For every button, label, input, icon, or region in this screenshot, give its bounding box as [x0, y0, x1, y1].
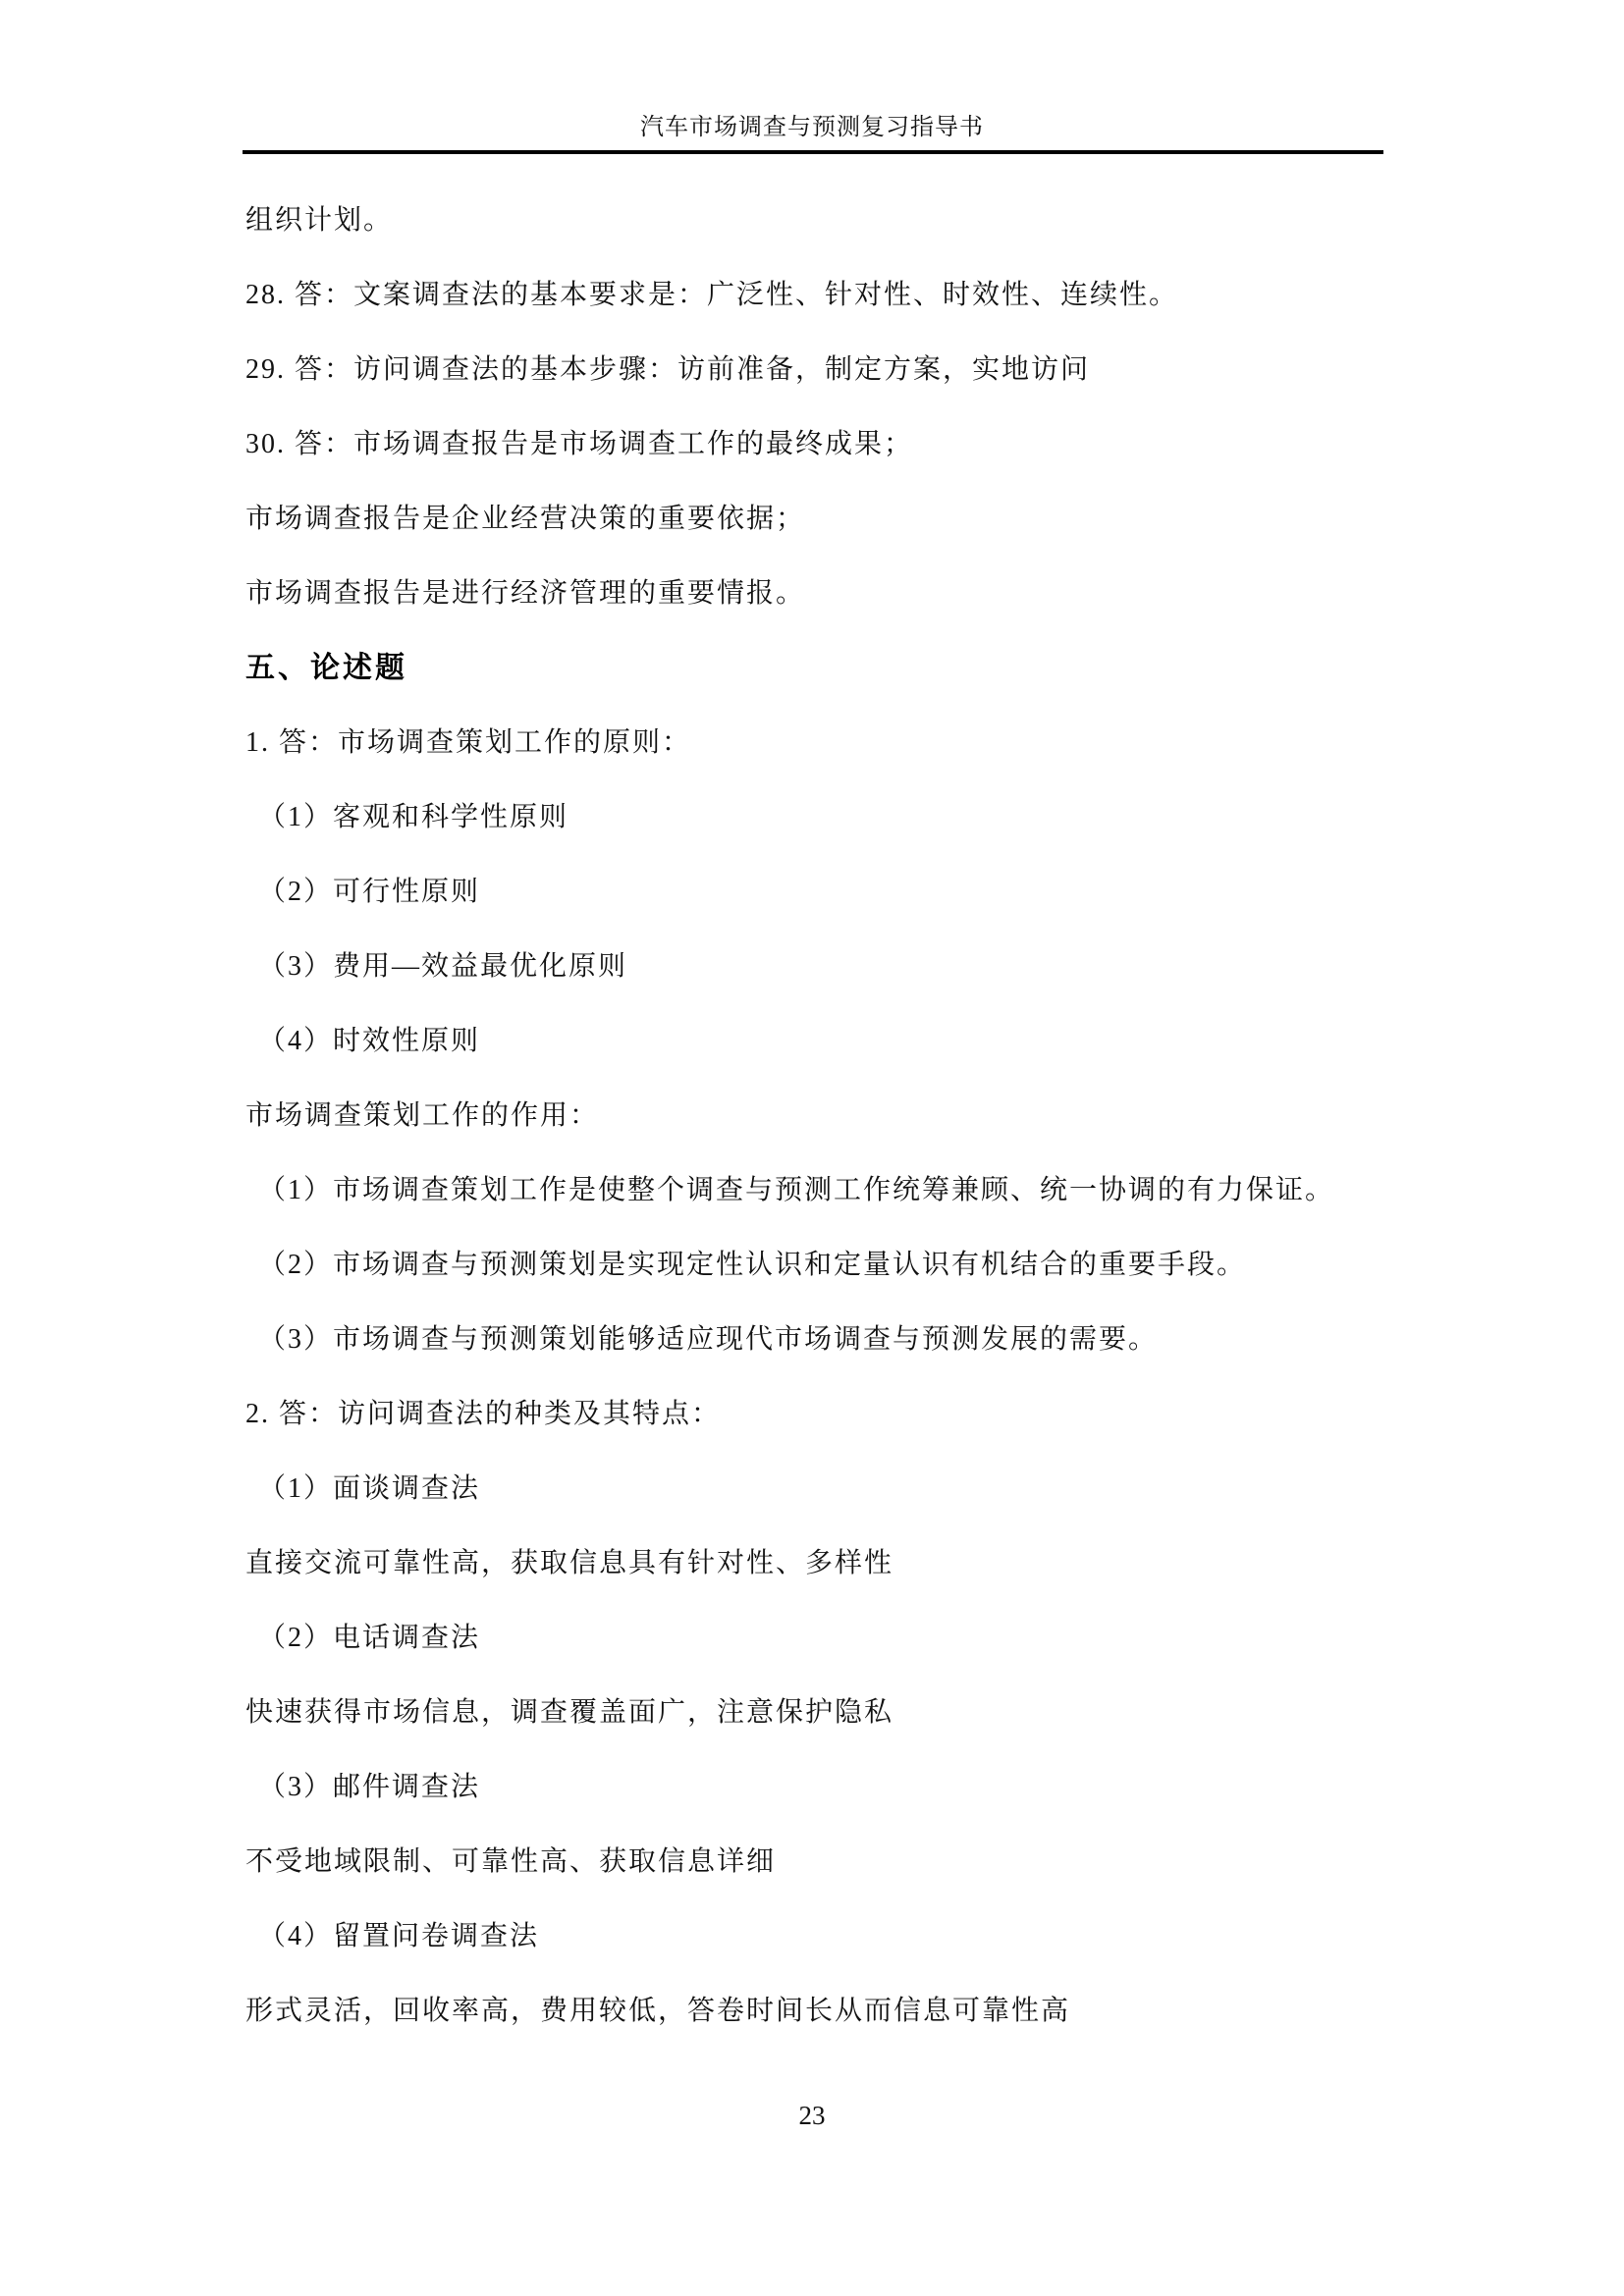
- section-heading: 五、论述题: [245, 631, 1424, 706]
- text-line: 组织计划。: [245, 184, 1424, 258]
- header-rule: [243, 150, 1383, 154]
- content-lines: 组织计划。28. 答：文案调查法的基本要求是：广泛性、针对性、时效性、连续性。2…: [245, 184, 1424, 2049]
- text-line: 29. 答：访问调查法的基本步骤：访前准备，制定方案，实地访问: [245, 333, 1424, 407]
- text-line: 市场调查策划工作的作用：: [245, 1079, 1424, 1153]
- text-line: （3）市场调查与预测策划能够适应现代市场调查与预测发展的需要。: [245, 1303, 1424, 1377]
- page-number: 23: [0, 2099, 1624, 2132]
- text-line: （4）时效性原则: [245, 1004, 1424, 1079]
- text-line: （2）可行性原则: [245, 855, 1424, 930]
- text-line: （2）市场调查与预测策划是实现定性认识和定量认识有机结合的重要手段。: [245, 1228, 1424, 1303]
- text-line: 不受地域限制、可靠性高、获取信息详细: [245, 1825, 1424, 1899]
- text-line: 市场调查报告是进行经济管理的重要情报。: [245, 557, 1424, 631]
- text-line: 2. 答：访问调查法的种类及其特点：: [245, 1377, 1424, 1452]
- document-page: 汽车市场调查与预测复习指导书 组织计划。28. 答：文案调查法的基本要求是：广泛…: [0, 0, 1624, 2296]
- text-line: （2）电话调查法: [245, 1601, 1424, 1676]
- text-line: 28. 答：文案调查法的基本要求是：广泛性、针对性、时效性、连续性。: [245, 258, 1424, 333]
- text-line: 30. 答：市场调查报告是市场调查工作的最终成果；: [245, 407, 1424, 482]
- text-line: 直接交流可靠性高，获取信息具有针对性、多样性: [245, 1526, 1424, 1601]
- text-line: （3）邮件调查法: [245, 1750, 1424, 1825]
- text-line: 1. 答：市场调查策划工作的原则：: [245, 706, 1424, 780]
- text-line: 快速获得市场信息，调查覆盖面广，注意保护隐私: [245, 1676, 1424, 1750]
- text-line: （1）客观和科学性原则: [245, 780, 1424, 855]
- text-line: 形式灵活，回收率高，费用较低，答卷时间长从而信息可靠性高: [245, 1974, 1424, 2049]
- text-line: （1）面谈调查法: [245, 1452, 1424, 1526]
- header-title: 汽车市场调查与预测复习指导书: [0, 114, 1624, 141]
- text-line: （4）留置问卷调查法: [245, 1899, 1424, 1974]
- text-line: （1）市场调查策划工作是使整个调查与预测工作统筹兼顾、统一协调的有力保证。: [245, 1153, 1424, 1228]
- text-line: （3）费用—效益最优化原则: [245, 930, 1424, 1004]
- text-line: 市场调查报告是企业经营决策的重要依据；: [245, 482, 1424, 557]
